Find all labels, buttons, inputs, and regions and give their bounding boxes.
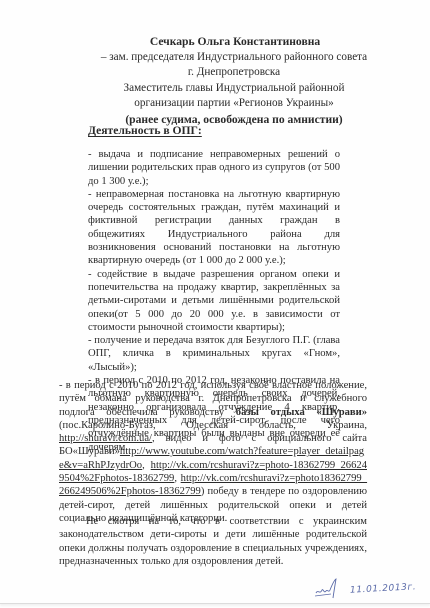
handwritten-date: 11.01.2013г. bbox=[350, 582, 417, 595]
paragraph-text: (пос.Каролино-Бугаз, Одесская область, У… bbox=[59, 420, 367, 431]
activity-item: - содействие в выдаче разрешения органом… bbox=[88, 268, 340, 334]
document-page: Сечкарь Ольга Константиновна – зам. пред… bbox=[0, 0, 430, 604]
header-line-position: – зам. председателя Индустриального райо… bbox=[0, 50, 430, 66]
link-shuravi-site[interactable]: http://shuravi.com.ua/ bbox=[59, 433, 152, 444]
activity-item: - неправомерная постановка на льготную к… bbox=[88, 188, 340, 268]
document-header: Сечкарь Ольга Константиновна – зам. пред… bbox=[0, 34, 430, 128]
header-line-party: организации партии «Регионов Украины» bbox=[0, 96, 430, 112]
activity-item: - получение и передача взяток для Безугл… bbox=[88, 334, 340, 374]
header-line-city: г. Днепропетровска bbox=[0, 65, 430, 81]
separator: , bbox=[142, 460, 151, 471]
header-line-deputy: Заместитель главы Индустриальной районно… bbox=[0, 81, 430, 97]
bold-phrase: базы отдыха «Шурави» bbox=[236, 407, 367, 418]
paragraph-conclusion: Не смотря на то, что в соответствии с ук… bbox=[59, 515, 367, 568]
section-title: Деятельность в ОПГ: bbox=[88, 124, 202, 137]
header-note: (ранее судима, освобождена по амнистии) bbox=[0, 112, 430, 128]
signature-icon bbox=[314, 577, 344, 599]
activity-item: - выдача и подписание неправомерных реше… bbox=[88, 148, 340, 188]
paragraph-shuravi: - в период с 2010 по 2012 год, используя… bbox=[59, 379, 367, 525]
person-name: Сечкарь Ольга Константиновна bbox=[0, 34, 430, 50]
